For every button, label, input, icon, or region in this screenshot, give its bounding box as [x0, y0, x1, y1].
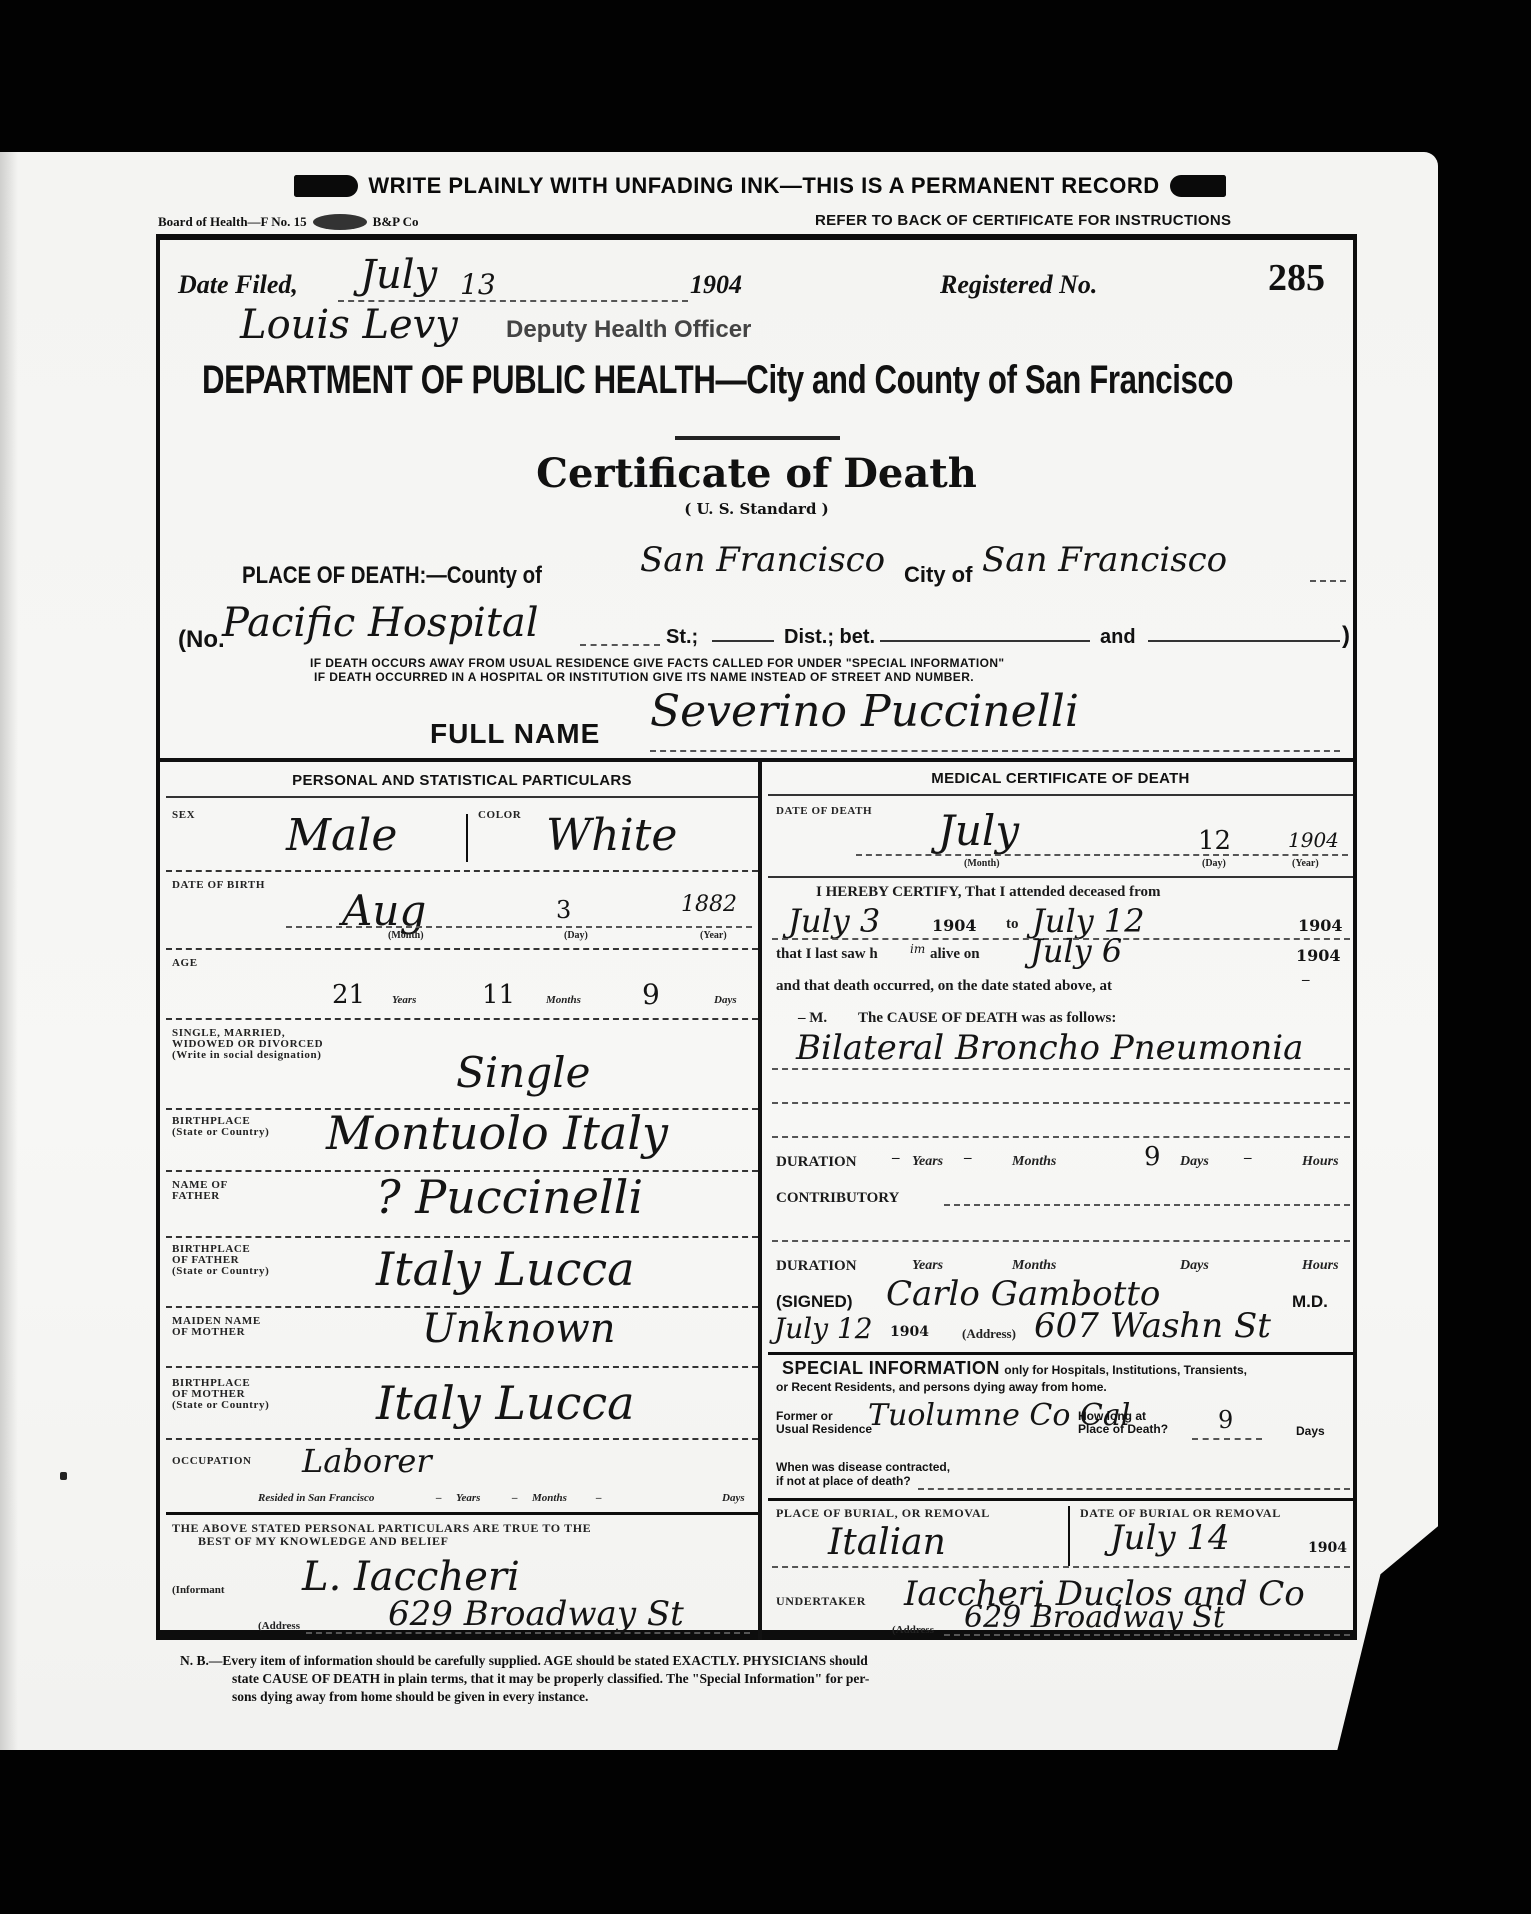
instructions-note: REFER TO BACK OF CERTIFICATE FOR INSTRUC… [815, 212, 1231, 232]
duration-2-years-caption: Years [912, 1258, 943, 1274]
resided-months-caption: Months [532, 1492, 567, 1504]
burial-divider [1068, 1506, 1070, 1566]
undertaker-address-label: (Address [892, 1624, 934, 1636]
usual-residence-label: Former or Usual Residence [776, 1410, 872, 1436]
burial-date: July 14 [1110, 1518, 1230, 1558]
dod-month-caption: (Month) [964, 858, 1000, 869]
special-info-note: or Recent Residents, and persons dying a… [776, 1380, 1107, 1394]
birthplace-value: Montuolo Italy [326, 1106, 668, 1160]
signed-date: July 12 [774, 1312, 873, 1345]
dob-day-caption: (Day) [564, 930, 588, 941]
informant-label: (Informant [172, 1584, 225, 1596]
certificate-subtitle: ( U. S. Standard ) [160, 500, 1353, 518]
color-label: COLOR [478, 810, 521, 821]
resided-years-caption: Years [456, 1492, 480, 1504]
age-label: AGE [172, 958, 198, 969]
full-name-label: FULL NAME [430, 718, 600, 750]
certify-text: I HEREBY CERTIFY, That I attended deceas… [816, 884, 1161, 901]
department-heading: DEPARTMENT OF PUBLIC HEALTH—City and Cou… [202, 358, 1068, 403]
pod-line-end [1310, 580, 1346, 582]
burial-line [772, 1566, 1350, 1568]
age-days: 9 [642, 978, 660, 1011]
occupation-value: Laborer [302, 1442, 432, 1480]
father-birthplace-label: BIRTHPLACE OF FATHER (State or Country) [172, 1244, 269, 1277]
dob-year-caption: (Year) [700, 930, 727, 941]
duration-2-hours-caption: Hours [1302, 1258, 1339, 1274]
physician-address-label: (Address) [962, 1326, 1016, 1342]
date-of-death-day: 12 [1198, 826, 1231, 856]
cause-text: The CAUSE OF DEATH was as follows: [858, 1010, 1116, 1027]
rule [166, 1236, 758, 1238]
undertaker-address-line [944, 1634, 1350, 1636]
last-saw-pronoun: im [910, 942, 925, 956]
contributory-line-2 [772, 1240, 1350, 1242]
father-name-label: NAME OF FATHER [172, 1180, 228, 1202]
rule [166, 948, 758, 950]
resided-years: – [436, 1492, 442, 1504]
paper-edge-shadow [0, 152, 18, 1750]
street-blank [712, 640, 774, 642]
date-of-death-year: 1904 [1288, 828, 1339, 852]
physician-address: 607 Washn St [1034, 1306, 1271, 1346]
registered-no: 285 [1268, 256, 1325, 300]
cause-line [772, 1068, 1350, 1070]
burial-year: 1904 [1308, 1540, 1347, 1556]
death-institution: Pacific Hospital [222, 600, 539, 646]
pointing-hand-left-icon [1170, 175, 1226, 197]
duration-2-label: DURATION [776, 1258, 857, 1275]
date-filed-year: 1904 [690, 270, 742, 300]
pointing-hand-right-icon [294, 175, 358, 197]
resided-label: Resided in San Francisco [258, 1492, 374, 1504]
duration-2-months-caption: Months [1012, 1258, 1056, 1274]
undertaker-label: UNDERTAKER [776, 1596, 866, 1607]
duration-days: 9 [1144, 1142, 1161, 1172]
duration-days-caption: Days [1180, 1154, 1209, 1170]
sex-label: SEX [172, 810, 195, 821]
rule [768, 1352, 1353, 1355]
date-filed-month: July [360, 252, 437, 298]
rule [166, 1512, 758, 1515]
registered-no-label: Registered No. [940, 270, 1097, 300]
city-label: City of [904, 562, 972, 588]
rule [768, 1498, 1353, 1501]
duration-label: DURATION [776, 1154, 857, 1171]
signed-label: (SIGNED) [776, 1292, 853, 1312]
attended-to-year: 1904 [1298, 916, 1343, 935]
date-of-death-label: DATE OF DEATH [776, 806, 872, 817]
signed-year: 1904 [890, 1324, 929, 1340]
title-divider [675, 436, 840, 440]
burial-place-label: PLACE OF BURIAL, OR REMOVAL [776, 1508, 990, 1519]
date-filed-label: Date Filed, [178, 270, 298, 300]
mother-maiden-name-value: Unknown [422, 1306, 616, 1352]
place-of-death-label: PLACE OF DEATH:—County of [242, 562, 542, 590]
how-long-days-label: Days [1296, 1424, 1325, 1438]
sex-color-divider [466, 814, 468, 862]
rule [166, 1438, 758, 1440]
health-officer-title: Deputy Health Officer [506, 316, 751, 344]
section-divider [160, 758, 1353, 762]
dob-line [286, 926, 752, 928]
personal-section-title: PERSONAL AND STATISTICAL PARTICULARS [166, 772, 758, 789]
date-of-death-month: July [938, 806, 1019, 855]
attended-from-year: 1904 [932, 916, 977, 935]
death-certificate-form: Date Filed, July 13 1904 Registered No. … [156, 234, 1357, 1640]
md-label: M.D. [1292, 1292, 1328, 1312]
occupation-label: OCCUPATION [172, 1456, 252, 1467]
last-saw-year: 1904 [1296, 946, 1341, 965]
address-line [306, 1632, 750, 1634]
full-name-line [650, 750, 1340, 752]
duration-months-caption: Months [1012, 1154, 1056, 1170]
alive-on-label: alive on [930, 946, 980, 963]
last-saw-date: July 6 [1030, 932, 1122, 970]
how-long-label: How long at Place of Death? [1078, 1410, 1168, 1436]
age-years-caption: Years [392, 994, 416, 1006]
place-of-death-note: IF DEATH OCCURS AWAY FROM USUAL RESIDENC… [310, 656, 1210, 684]
time-of-death: – [1302, 972, 1310, 989]
dob-day: 3 [556, 896, 571, 924]
duration-hours: – [1244, 1150, 1252, 1167]
mother-maiden-name-label: MAIDEN NAME OF MOTHER [172, 1316, 261, 1338]
form-id: Board of Health—F No. 15 B&P Co [158, 212, 419, 232]
rule [768, 876, 1353, 878]
age-months-caption: Months [546, 994, 581, 1006]
last-saw-label: that I last saw h [776, 946, 878, 963]
birthplace-label: BIRTHPLACE (State or Country) [172, 1116, 269, 1138]
age-months: 11 [482, 980, 515, 1010]
rule [166, 870, 758, 872]
cause-line-2 [772, 1102, 1350, 1104]
district-blank [880, 640, 1090, 642]
medical-certificate-section: MEDICAL CERTIFICATE OF DEATH DATE OF DEA… [768, 766, 1353, 1640]
marital-status-value: Single [456, 1048, 590, 1097]
permanent-record-banner: WRITE PLAINLY WITH UNFADING INK—THIS IS … [215, 168, 1305, 204]
duration-2-days-caption: Days [1180, 1258, 1209, 1274]
full-name-value: Severino Puccinelli [650, 686, 1079, 737]
sex-value: Male [286, 810, 397, 861]
mother-birthplace-label: BIRTHPLACE OF MOTHER (State or Country) [172, 1378, 269, 1411]
medical-section-title: MEDICAL CERTIFICATE OF DEATH [768, 770, 1353, 787]
cause-of-death: Bilateral Broncho Pneumonia [796, 1028, 1303, 1068]
duration-years-caption: Years [912, 1154, 943, 1170]
rule [768, 794, 1353, 796]
how-long-value: 9 [1218, 1406, 1233, 1434]
burial-place: Italian [828, 1522, 946, 1563]
resided-days: – [596, 1492, 602, 1504]
duration-years: – [892, 1150, 900, 1167]
age-days-caption: Days [714, 994, 737, 1006]
marital-status-label: SINGLE, MARRIED, WIDOWED OR DIVORCED (Wr… [172, 1028, 323, 1061]
personal-particulars-section: PERSONAL AND STATISTICAL PARTICULARS SEX… [166, 766, 758, 1640]
date-filed-day: 13 [460, 268, 496, 301]
footnote: N. B.—Every item of information should b… [180, 1652, 1260, 1706]
dod-year-caption: (Year) [1292, 858, 1319, 869]
county-of-death: San Francisco [640, 540, 885, 580]
resided-days-caption: Days [722, 1492, 745, 1504]
dod-line [856, 854, 1348, 856]
am-pm: – M. [798, 1010, 827, 1027]
printer-seal-icon [313, 214, 367, 230]
informant-address-label: (Address [258, 1620, 300, 1632]
and-blank [1148, 640, 1340, 642]
informant-address: 629 Broadway St [388, 1594, 684, 1634]
contributory-label: CONTRIBUTORY [776, 1190, 899, 1207]
street-no-label: (No. [178, 626, 225, 654]
attended-from: July 3 [788, 902, 880, 940]
father-birthplace-value: Italy Lucca [376, 1242, 635, 1296]
street-line [580, 644, 660, 646]
and-label: and [1100, 626, 1136, 649]
dob-label: DATE OF BIRTH [172, 880, 265, 891]
rule [166, 1018, 758, 1020]
color-value: White [546, 810, 677, 861]
cause-line-3 [772, 1136, 1350, 1138]
disease-contracted-label: When was disease contracted, if not at p… [776, 1460, 950, 1488]
contracted-line [918, 1488, 1350, 1490]
attestation-text: THE ABOVE STATED PERSONAL PARTICULARS AR… [172, 1522, 591, 1548]
undertaker-address: 629 Broadway St [964, 1600, 1225, 1635]
close-paren: ) [1342, 622, 1350, 650]
city-of-death: San Francisco [982, 540, 1227, 580]
dob-month-caption: (Month) [388, 930, 424, 941]
district-label: Dist.; bet. [784, 626, 875, 649]
health-officer-signature: Louis Levy [240, 302, 458, 348]
age-years: 21 [332, 980, 365, 1010]
how-long-line [1192, 1438, 1262, 1440]
dob-year: 1882 [681, 892, 737, 917]
resided-months: – [512, 1492, 518, 1504]
ink-speck [60, 1472, 67, 1480]
rule [166, 796, 758, 798]
banner-text: WRITE PLAINLY WITH UNFADING INK—THIS IS … [368, 173, 1159, 199]
duration-months: – [964, 1150, 972, 1167]
to-label: to [1006, 916, 1019, 933]
certificate-title: Certificate of Death [160, 450, 1353, 497]
column-divider [758, 760, 762, 1640]
occurred-text: and that death occurred, on the date sta… [776, 978, 1112, 995]
special-info-title: SPECIAL INFORMATION only for Hospitals, … [782, 1358, 1247, 1379]
street-label: St.; [666, 626, 698, 649]
duration-hours-caption: Hours [1302, 1154, 1339, 1170]
contributory-line [944, 1204, 1350, 1206]
dod-day-caption: (Day) [1202, 858, 1226, 869]
mother-birthplace-value: Italy Lucca [376, 1376, 635, 1430]
rule [166, 1366, 758, 1368]
father-name-value: ? Puccinelli [376, 1170, 643, 1224]
